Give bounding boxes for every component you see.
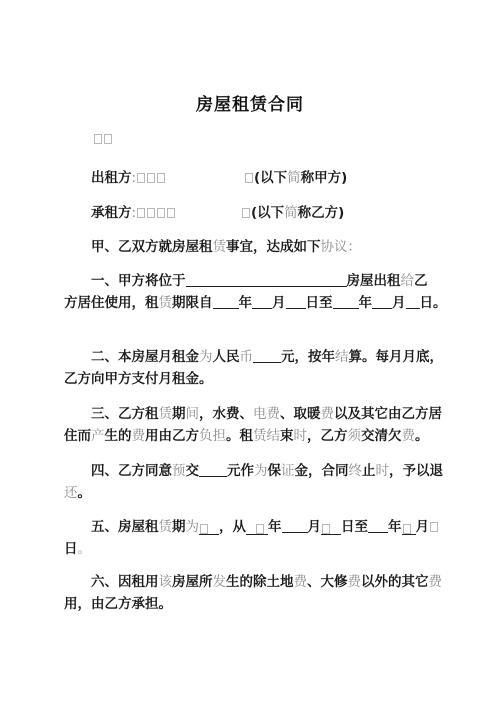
text: 乙方向甲方支付月租金。 xyxy=(64,371,213,387)
placeholder-box xyxy=(430,522,438,532)
alias-text: (以下 xyxy=(251,205,284,221)
alias-text: 称乙方) xyxy=(298,205,345,221)
text: 束 xyxy=(280,428,294,444)
text: 保 xyxy=(268,463,282,479)
text: 四、乙方同意 xyxy=(91,463,172,479)
blank xyxy=(406,295,420,309)
lessor-line: 出租方: xyxy=(91,166,166,186)
text: 生的除土地 xyxy=(226,574,294,590)
text: ，水费、 xyxy=(199,406,253,422)
text: 赁 xyxy=(159,295,173,311)
clause-4-line-2: 还。 xyxy=(64,481,91,501)
lessor-alias: (以下简称甲方) xyxy=(244,166,347,186)
text: 人民 xyxy=(213,349,240,365)
name-box xyxy=(147,173,155,183)
text: 该 xyxy=(159,574,173,590)
text: 产 xyxy=(91,428,105,444)
text: 乙 xyxy=(414,273,428,289)
text: 日 xyxy=(64,541,78,557)
blank xyxy=(372,295,392,309)
text: 协议： xyxy=(321,239,362,255)
text: 费 xyxy=(321,406,335,422)
blank xyxy=(402,521,416,535)
text: 证 xyxy=(281,463,295,479)
blank xyxy=(213,295,239,309)
name-box xyxy=(167,208,175,218)
alias-text: 简 xyxy=(287,170,301,186)
text: 三、乙方租 xyxy=(91,406,159,422)
text: 期限自 xyxy=(172,295,213,311)
text: 终 xyxy=(349,463,363,479)
placeholder-box xyxy=(403,524,411,534)
text: 结 xyxy=(335,349,349,365)
text: 赁 xyxy=(213,239,227,255)
text: 给 xyxy=(401,273,415,289)
text: 六、因租用 xyxy=(91,574,159,590)
clause-3-line-2: 住而产生的费用由乙方负担。租赁结束时，乙方须交清欠费。 xyxy=(64,424,429,444)
text: 间 xyxy=(186,406,200,422)
blank xyxy=(199,521,219,535)
text: 。 xyxy=(415,428,429,444)
text: 日至 xyxy=(341,519,368,535)
placeholder-box xyxy=(242,208,250,218)
clause-1-line-1: 一、甲方将位于房屋出租给乙 xyxy=(91,269,428,289)
text: 费 xyxy=(348,574,362,590)
blank-rent xyxy=(253,349,281,363)
document-page: 房屋租赁合同 出租方: (以下简称甲方) 承租方: (以下简称乙方) 甲、乙双方… xyxy=(0,0,500,708)
text: 住而 xyxy=(64,428,91,444)
clause-1-line-2: 方居住使用，租赁期限自年月日至年月日。 xyxy=(64,291,447,311)
text: 用由乙方 xyxy=(145,428,199,444)
text: 负担 xyxy=(199,428,226,444)
text: 赁 xyxy=(159,406,173,422)
text: 生的 xyxy=(105,428,132,444)
text: 为 xyxy=(199,349,213,365)
intro-paragraph: 甲、乙双方就房屋租赁事宜，达成如下协议： xyxy=(91,235,361,255)
placeholder-box xyxy=(245,173,253,183)
text: 币 xyxy=(240,349,254,365)
text: 期 xyxy=(172,519,186,535)
name-box xyxy=(157,173,165,183)
text: 。 xyxy=(78,541,92,557)
text: 元，按年 xyxy=(281,349,335,365)
alias-text: 称甲方) xyxy=(301,170,348,186)
text: 赁 xyxy=(159,519,173,535)
placeholder-box xyxy=(256,524,264,534)
blank xyxy=(368,519,388,533)
text: 期 xyxy=(172,406,186,422)
clause-6-line-2: 用，由乙方承担。 xyxy=(64,592,172,612)
text: 事宜，达成如下 xyxy=(226,239,321,255)
text: 年 xyxy=(388,519,402,535)
clause-5-line-1: 五、房屋租赁期为，从年月日至年月 xyxy=(91,515,439,535)
text: 一、甲方将位于 xyxy=(91,273,186,289)
placeholder-box xyxy=(104,134,112,144)
alias-text: 简 xyxy=(284,205,298,221)
text: 日至 xyxy=(306,295,333,311)
text: 费 xyxy=(429,574,443,590)
name-box xyxy=(147,208,155,218)
clause-4-line-1: 四、乙方同意预交元作为保证金，合同终止时，予以退 xyxy=(91,459,443,479)
text: 电费 xyxy=(253,406,280,422)
separator: : xyxy=(132,205,137,221)
blank xyxy=(282,519,308,533)
text: 以及其它由乙方居 xyxy=(334,406,442,422)
text: 用，由乙方承担。 xyxy=(64,596,172,612)
text: 、取暖 xyxy=(280,406,321,422)
name-box xyxy=(137,208,145,218)
text: 以外的其它 xyxy=(361,574,429,590)
header-placeholder xyxy=(93,131,113,147)
text: 。 xyxy=(78,485,92,501)
text: 预 xyxy=(172,463,186,479)
lessor-label: 出租方 xyxy=(91,170,132,186)
placeholder-box xyxy=(322,524,330,534)
placeholder-box xyxy=(200,524,208,534)
text: 房屋所 xyxy=(172,574,213,590)
text: 、大修 xyxy=(307,574,348,590)
blank xyxy=(333,295,359,309)
text: 年 xyxy=(268,519,282,535)
text: 日。 xyxy=(420,295,447,311)
lessee-line: 承租方: xyxy=(91,201,176,221)
text: 五、房屋租 xyxy=(91,519,159,535)
blank xyxy=(286,295,306,309)
text: 费 xyxy=(294,574,308,590)
clause-6-line-1: 六、因租用该房屋所发生的除土地费、大修费以外的其它费 xyxy=(91,570,442,590)
separator: : xyxy=(132,170,137,186)
blank-deposit xyxy=(199,463,227,477)
lessee-label: 承租方 xyxy=(91,205,132,221)
text: 时 xyxy=(376,463,390,479)
clause-2-line-1: 二、本房屋月租金为人民币元，按年结算。每月月底， xyxy=(91,345,443,365)
name-box xyxy=(137,173,145,183)
text: 月 xyxy=(272,295,286,311)
clause-2-line-2: 乙方向甲方支付月租金。 xyxy=(64,367,213,387)
clause-3-line-1: 三、乙方租赁期间，水费、电费、取暖费以及其它由乙方居 xyxy=(91,402,442,422)
text: ，乙方 xyxy=(307,428,348,444)
text: 元作 xyxy=(227,463,254,479)
text: 月 xyxy=(392,295,406,311)
text: 。租 xyxy=(226,428,253,444)
text: 交清欠 xyxy=(361,428,402,444)
text: 甲、乙双方就房屋租 xyxy=(91,239,213,255)
text: 房屋出租 xyxy=(347,273,401,289)
text: 为 xyxy=(186,519,200,535)
text: 二、本房屋月租金 xyxy=(91,349,199,365)
blank-address xyxy=(186,273,347,287)
text: 还 xyxy=(64,485,78,501)
text: 须 xyxy=(348,428,362,444)
text: 为 xyxy=(254,463,268,479)
text: 月 xyxy=(416,519,430,535)
text: 费 xyxy=(402,428,416,444)
text: 发 xyxy=(213,574,227,590)
alias-text: (以下 xyxy=(254,170,287,186)
text: 方居住使用，租 xyxy=(64,295,159,311)
document-title: 房屋租赁合同 xyxy=(0,90,500,115)
text: 交 xyxy=(186,463,200,479)
text: 时 xyxy=(294,428,308,444)
text: 算。每月月底， xyxy=(349,349,444,365)
lessee-alias: (以下简称乙方) xyxy=(241,201,344,221)
text: 赁结 xyxy=(253,428,280,444)
text: ，从 xyxy=(219,519,246,535)
placeholder-box xyxy=(94,134,102,144)
blank xyxy=(252,295,272,309)
clause-5-line-2: 日。 xyxy=(64,537,91,557)
text: ，予以退 xyxy=(389,463,443,479)
name-box xyxy=(157,208,165,218)
blank xyxy=(321,521,341,535)
text: 年 xyxy=(359,295,373,311)
text: 止 xyxy=(362,463,376,479)
blank xyxy=(246,521,268,535)
text: 月 xyxy=(308,519,322,535)
text: 年 xyxy=(239,295,253,311)
text: 费 xyxy=(132,428,146,444)
text: 金，合同 xyxy=(295,463,349,479)
